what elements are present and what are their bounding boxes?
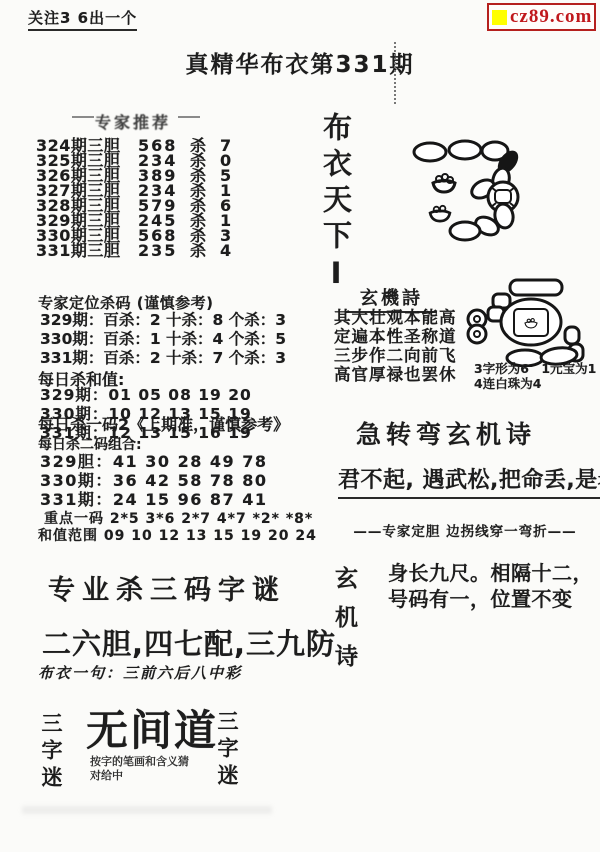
buyi-tianxia-vertical-title: 布衣天下I: [316, 112, 357, 297]
row-period: 331期三胆: [36, 243, 138, 258]
drawing-legend-line: 4连白珠为4: [474, 376, 596, 391]
page-title: 真精华布衣第331期: [0, 46, 600, 79]
beads-3-shape-drawing: [395, 125, 570, 290]
xuanji-poem: 其大壮观本能高 定遍本性圣称道 三步作二向前飞 高官厚禄也罢休: [334, 308, 457, 384]
position-kill-line: 331期：百杀：2 十杀：7 个杀：3: [40, 349, 286, 368]
daily-sum-kill-line: 329期：01 05 08 19 20: [40, 386, 252, 405]
focus-note: 关注3 6出一个: [28, 7, 137, 31]
xuanji-poem-line: 其大壮观本能高: [334, 308, 457, 327]
bottom-xuanji-line: 号码有一，位置不变: [388, 586, 593, 612]
xuanji-poem-line: 三步作二向前飞: [334, 346, 457, 365]
position-kill-line: 329期：百杀：2 十杀：8 个杀：3: [40, 311, 286, 330]
three-char-label-right: 三字迷: [212, 710, 242, 791]
gold-ingot-icon: [430, 206, 450, 221]
position-kill-header: 专家定位杀码 (谨慎参考): [38, 292, 213, 313]
three-char-hint-line: 按字的笔画和含义猜: [90, 755, 189, 769]
three-char-hint: 按字的笔画和含义猜 对给中: [90, 755, 189, 783]
sharp-turn-poem-line: 君不起, 遇武松,把命丢,是老虎: [338, 463, 600, 499]
daily-two-kill-line: 331期：24 15 96 87 41: [40, 490, 268, 509]
xuanji-poem-line: 高官厚禄也罢休: [334, 365, 457, 384]
daily-two-kill-header: 每日杀二码组合:: [38, 434, 142, 454]
riddle-title: 专业杀三码字谜: [48, 568, 286, 607]
sharp-turn-poem-line-wrap: 君不起, 遇武松,把命丢,是老虎: [338, 463, 600, 499]
beads-cluster-drawing: [455, 272, 600, 367]
title-divider-dash: [394, 42, 396, 104]
xuanji-poem-line: 定遍本性圣称道: [334, 327, 457, 346]
row-dan: 235: [138, 243, 190, 258]
sharp-turn-poem-title: 急转弯玄机诗: [356, 415, 536, 451]
daily-two-kill-lines: 329胆：41 30 28 49 78 330期：36 42 58 78 80 …: [40, 452, 268, 509]
three-char-label-left: 三字迷: [36, 712, 66, 793]
buyi-sentence: 布衣一句：三前六后八中彩: [38, 662, 242, 683]
position-kill-line: 330期：百杀：1 十杀：4 个杀：5: [40, 330, 286, 349]
daily-two-kill-line: 329胆：41 30 28 49 78: [40, 452, 268, 471]
three-char-answer: 无间道: [86, 698, 218, 758]
sum-value-range: 和值范围 09 10 12 13 15 19 20 24: [38, 525, 317, 545]
row-kill-label: 杀: [190, 243, 220, 258]
drawing-legend: 3字形为6 1元宝为1 4连白珠为4: [474, 361, 596, 391]
header-dash-right: [178, 116, 200, 118]
row-kill-value: 4: [220, 243, 236, 258]
three-char-hint-line: 对给中: [90, 769, 189, 783]
site-logo-text: cz89.com: [510, 6, 592, 28]
site-logo[interactable]: cz89.com: [487, 3, 596, 31]
daily-one-kill-note: 每日杀一码2《上期准，谨慎参考》: [38, 412, 289, 435]
xuanji-vertical-title: 玄机诗: [328, 566, 361, 683]
expert-recommend-header: 专家推荐: [68, 110, 198, 133]
table-row: 331期三胆 235 杀 4: [36, 243, 236, 258]
drawing-legend-line: 3字形为6 1元宝为1: [474, 361, 596, 376]
expert-recommend-table: 324期三胆 568 杀 7 325期三胆 234 杀 0 326期三胆 389…: [36, 138, 236, 258]
bottom-xuanji-line: 身长九尺。相隔十二，: [388, 560, 593, 586]
expert-dan-divider: ——专家定胆 边拐线穿一弯折——: [330, 520, 600, 540]
gold-ingot-icon: [433, 174, 455, 192]
position-kill-lines: 329期：百杀：2 十杀：8 个杀：3 330期：百杀：1 十杀：4 个杀：5 …: [40, 311, 286, 368]
bottom-xuanji-lines: 身长九尺。相隔十二， 号码有一，位置不变: [388, 560, 593, 612]
daily-two-kill-line: 330期：36 42 58 78 80: [40, 471, 268, 490]
print-smudge: [22, 806, 272, 814]
riddle-line: 二六胆,四七配,三九防: [42, 622, 336, 663]
yellow-square-icon: [492, 10, 507, 25]
